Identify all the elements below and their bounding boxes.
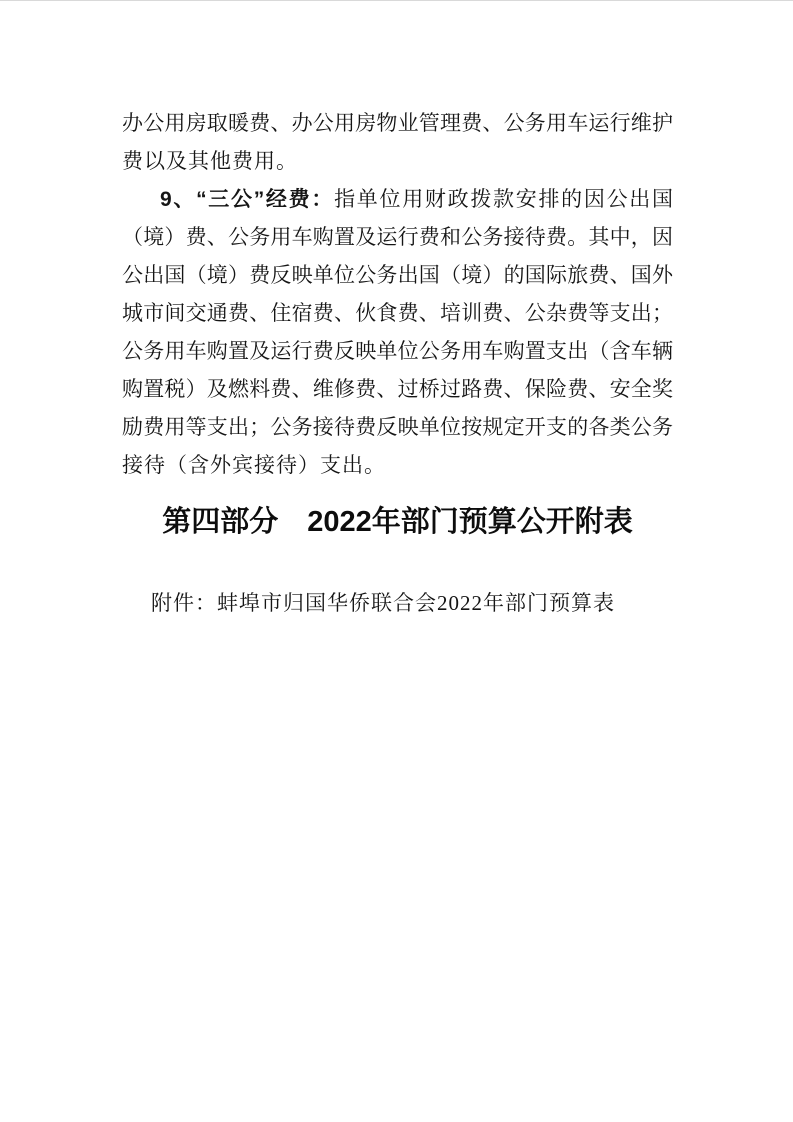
paragraph-lead-line: 9、“三公”经费：指单位用财政拨款安排的因公出国 bbox=[122, 180, 673, 218]
document-page: 办公用房取暖费、办公用房物业管理费、公务用车运行维护 费以及其他费用。 9、“三… bbox=[0, 0, 793, 1122]
paragraph-lead-term: 9、“三公”经费： bbox=[160, 188, 334, 211]
paragraph-line: 公务用车购置及运行费反映单位公务用车购置支出（含车辆 bbox=[122, 332, 673, 370]
paragraph-line: 公出国（境）费反映单位公务出国（境）的国际旅费、国外 bbox=[122, 256, 673, 294]
paragraph-three-public-funds: 9、“三公”经费：指单位用财政拨款安排的因公出国 （境）费、公务用车购置及运行费… bbox=[122, 180, 673, 484]
paragraph-line: 励费用等支出；公务接待费反映单位按规定开支的各类公务 bbox=[122, 408, 673, 446]
attachment-line: 附件：蚌埠市归国华侨联合会2022年部门预算表 bbox=[151, 588, 615, 618]
paragraph-lead-text: 指单位用财政拨款安排的因公出国 bbox=[334, 187, 673, 211]
paragraph-line: 办公用房取暖费、办公用房物业管理费、公务用车运行维护 bbox=[122, 104, 673, 142]
paragraph-line: （境）费、公务用车购置及运行费和公务接待费。其中，因 bbox=[122, 218, 673, 256]
paragraph-line: 购置税）及燃料费、维修费、过桥过路费、保险费、安全奖 bbox=[122, 370, 673, 408]
section-heading: 第四部分 2022年部门预算公开附表 bbox=[122, 501, 673, 543]
paragraph-line: 接待（含外宾接待）支出。 bbox=[122, 446, 673, 484]
paragraph-office-fees: 办公用房取暖费、办公用房物业管理费、公务用车运行维护 费以及其他费用。 bbox=[122, 104, 673, 180]
page-top-divider bbox=[0, 0, 793, 1]
paragraph-line: 费以及其他费用。 bbox=[122, 142, 673, 180]
paragraph-line: 城市间交通费、住宿费、伙食费、培训费、公杂费等支出； bbox=[122, 294, 673, 332]
body-text-block: 办公用房取暖费、办公用房物业管理费、公务用车运行维护 费以及其他费用。 9、“三… bbox=[122, 104, 673, 484]
